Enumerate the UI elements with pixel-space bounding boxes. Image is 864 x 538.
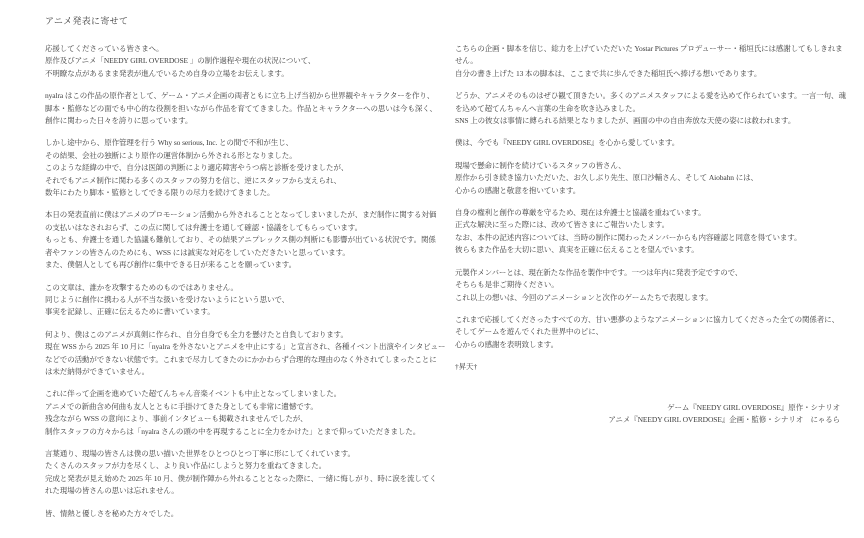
paragraph: 何より、僕はこのアニメが真剣に作られ、自分自身でも全力を懸けたと自負しております… (45, 329, 445, 379)
text-line: どうか、アニメそのものはぜひ観て頂きたい。多くのアニメスタッフによる愛を込めて作… (455, 90, 840, 102)
text-line: この文章は、誰かを攻撃するためのものではありません。 (45, 282, 445, 294)
text-line: れた現場の皆さんの思いは忘れません。 (45, 485, 445, 497)
text-line: その結果、会社の独断により原作の運営体制から外される形となりました。 (45, 150, 445, 162)
text-line: これ以上の想いは、今回のアニメーションと次作のゲームたちで表現します。 (455, 292, 840, 304)
text-line: 制作スタッフの方々からは「nyalra さんの頭の中を再現することに全力をかけた… (45, 426, 445, 438)
right-paragraphs: こちらの企画・脚本を信じ、総力を上げていただいた Yostar Pictures… (455, 43, 840, 374)
text-line: 彼らもまた作品を大切に思い、真実を正確に伝えることを望んでいます。 (455, 244, 840, 256)
text-line: nyalra はこの作品の原作者として、ゲーム・アニメ企画の両者ともに立ち上げ当… (45, 90, 445, 102)
right-text-column: こちらの企画・脚本を信じ、総力を上げていただいた Yostar Pictures… (455, 43, 840, 426)
signature-line-anime: アニメ『NEEDY GIRL OVERDOSE』企画・監修・シナリオ にゃるら (455, 414, 840, 426)
text-line: 心からの感謝を表明致します。 (455, 339, 840, 351)
text-line: 創作に関わった日々を誇りに思っています。 (45, 115, 445, 127)
paragraph: nyalra はこの作品の原作者として、ゲーム・アニメ企画の両者ともに立ち上げ当… (45, 90, 445, 127)
text-line: 元製作メンバーとは、現在新たな作品を製作中です。一つは年内に発表予定ですので、 (455, 267, 840, 279)
text-line: 者やファンの皆さんのためにも、WSS には誠実な対応をしていただきたいと思ってい… (45, 247, 445, 259)
text-line: 何より、僕はこのアニメが真剣に作られ、自分自身でも全力を懸けたと自負しております… (45, 329, 445, 341)
text-line: 本日の発表直前に僕はアニメのプロモーション活動から外されることとなってしまいまし… (45, 209, 445, 221)
text-line: 現場で懸命に制作を続けているスタッフの皆さん、 (455, 160, 840, 172)
paragraph: 本日の発表直前に僕はアニメのプロモーション活動から外されることとなってしまいまし… (45, 209, 445, 271)
text-line: アニメでの新曲含め何曲も友人とともに手掛けてきた身としても非常に遺憾です。 (45, 401, 445, 413)
page-title: アニメ発表に寄せて (45, 14, 128, 27)
text-line: 数年にわたり脚本・監修としてできる限りの尽力を続けてきました。 (45, 187, 445, 199)
text-line: それでもアニメ制作に関わる多くのスタッフの努力を信じ、逆にスタッフから支えられ、 (45, 175, 445, 187)
text-line: 自分の書き上げた 13 本の脚本は、ここまで共に歩んできた稲垣氏へ捧げる想いであ… (455, 68, 840, 80)
text-line: 完成と発表が見え始めた 2025 年 10 月、僕が制作陣から外れることとなった… (45, 473, 445, 485)
text-line: 皆、情熱と優しさを秘めた方々でした。 (45, 508, 445, 520)
paragraph: しかし途中から、原作管理を行う Why so serious, Inc. との間… (45, 137, 445, 199)
text-line: これまで応援してくださったすべての方、甘い悪夢のようなアニメーションに協力してく… (455, 314, 840, 326)
text-line: このような経緯の中で、自分は医師の判断により適応障害やうつ病と診断を受けましたが… (45, 162, 445, 174)
signature-line-game: ゲーム『NEEDY GIRL OVERDOSE』原作・シナリオ (455, 402, 840, 414)
text-line: 事実を記録し、正確に伝えるために書いています。 (45, 306, 445, 318)
paragraph: 元製作メンバーとは、現在新たな作品を製作中です。一つは年内に発表予定ですので、そ… (455, 267, 840, 304)
paragraph: こちらの企画・脚本を信じ、総力を上げていただいた Yostar Pictures… (455, 43, 840, 80)
text-line: 脚本・監修などの面でも中心的な役割を担いながら作品を育ててきました。作品とキャラ… (45, 103, 445, 115)
paragraph: 現場で懸命に制作を続けているスタッフの皆さん、原作から引き続き協力いただいた、お… (455, 160, 840, 197)
text-line: 残念ながら WSS の意向により、事前インタビューも掲載されませんでしたが、 (45, 413, 445, 425)
left-text-column: 応援してくださっている皆さまへ。原作及びアニメ「NEEDY GIRL OVERD… (45, 43, 445, 530)
paragraph: 自身の権利と創作の尊厳を守るため、現在は弁護士と協議を重ねています。正式な解決に… (455, 207, 840, 257)
text-line: こちらの企画・脚本を信じ、総力を上げていただいた Yostar Pictures… (455, 43, 840, 55)
text-line: †昇天† (455, 361, 840, 373)
text-line: 原作から引き続き協力いただいた、お久しぶり先生、原口沙輔さん、そして Aioba… (455, 172, 840, 184)
text-line: 正式な解決に至った際には、改めて皆さまにご報告いたします。 (455, 219, 840, 231)
paragraph: どうか、アニメそのものはぜひ観て頂きたい。多くのアニメスタッフによる愛を込めて作… (455, 90, 840, 127)
paragraph: 皆、情熱と優しさを秘めた方々でした。 (45, 508, 445, 520)
text-line: たくさんのスタッフが力を尽くし、より良い作品にしようと努力を重ねてきました。 (45, 460, 445, 472)
text-line: また、僕個人としても再び創作に集中できる日が来ることを願っています。 (45, 259, 445, 271)
text-line: SNS 上の彼女は事情に縛られる結果となりましたが、画面の中の自由奔放な天使の姿… (455, 115, 840, 127)
text-line: 不明瞭な点があるまま発表が進んでいるため自身の立場をお伝えします。 (45, 68, 445, 80)
text-line: せん。 (455, 55, 840, 67)
text-line: 自身の権利と創作の尊厳を守るため、現在は弁護士と協議を重ねています。 (455, 207, 840, 219)
paragraph: これまで応援してくださったすべての方、甘い悪夢のようなアニメーションに協力してく… (455, 314, 840, 351)
paragraph: 応援してくださっている皆さまへ。原作及びアニメ「NEEDY GIRL OVERD… (45, 43, 445, 80)
paragraph: 言葉通り、現場の皆さんは僕の思い描いた世界をひとつひとつ丁寧に形にしてくれていま… (45, 448, 445, 498)
paragraph: この文章は、誰かを攻撃するためのものではありません。同じように創作に携わる人が不… (45, 282, 445, 319)
paragraph: 僕は、今でも『NEEDY GIRL OVERDOSE』を心から愛しています。 (455, 137, 840, 149)
text-line: そしてゲームを遊んでくれた世界中のピに、 (455, 326, 840, 338)
text-line: 言葉通り、現場の皆さんは僕の思い描いた世界をひとつひとつ丁寧に形にしてくれていま… (45, 448, 445, 460)
text-line: しかし途中から、原作管理を行う Why so serious, Inc. との間… (45, 137, 445, 149)
text-line: これに伴って企画を進めていた超てんちゃん音楽イベントも中止となってしまいました。 (45, 388, 445, 400)
text-line: の支払いはなされおらず、この点に関しては弁護士を通して確認・協議をしてもらってい… (45, 222, 445, 234)
text-line: を込めて超てんちゃんへ言葉の生命を吹き込みました。 (455, 103, 840, 115)
text-line: 現在 WSS から 2025 年 10 月に「nyalra を外さないとアニメを… (45, 341, 445, 353)
text-line: 同じように創作に携わる人が不当な扱いを受けないようにという思いで、 (45, 294, 445, 306)
text-line: もっとも、弁護士を通した協議も難航しており、その結果アニプレックス側の判断にも影… (45, 234, 445, 246)
paragraph: これに伴って企画を進めていた超てんちゃん音楽イベントも中止となってしまいました。… (45, 388, 445, 438)
text-line: 心からの感謝と敬意を抱いています。 (455, 185, 840, 197)
text-line: なお、本件の記述内容については、当時の制作に関わったメンバーからも内容確認と同意… (455, 232, 840, 244)
text-line: 僕は、今でも『NEEDY GIRL OVERDOSE』を心から愛しています。 (455, 137, 840, 149)
text-line: そちらも是非ご期待ください。 (455, 279, 840, 291)
text-line: などでの活動ができない状態です。これまで尽力してきたのにかかわらず合理的な理由の… (45, 354, 445, 366)
text-line: 応援してくださっている皆さまへ。 (45, 43, 445, 55)
paragraph: †昇天† (455, 361, 840, 373)
signature-block: ゲーム『NEEDY GIRL OVERDOSE』原作・シナリオ アニメ『NEED… (455, 402, 840, 427)
text-line: 原作及びアニメ「NEEDY GIRL OVERDOSE 」の制作過程や現在の状況… (45, 55, 445, 67)
text-line: は未だ納得ができていません。 (45, 366, 445, 378)
